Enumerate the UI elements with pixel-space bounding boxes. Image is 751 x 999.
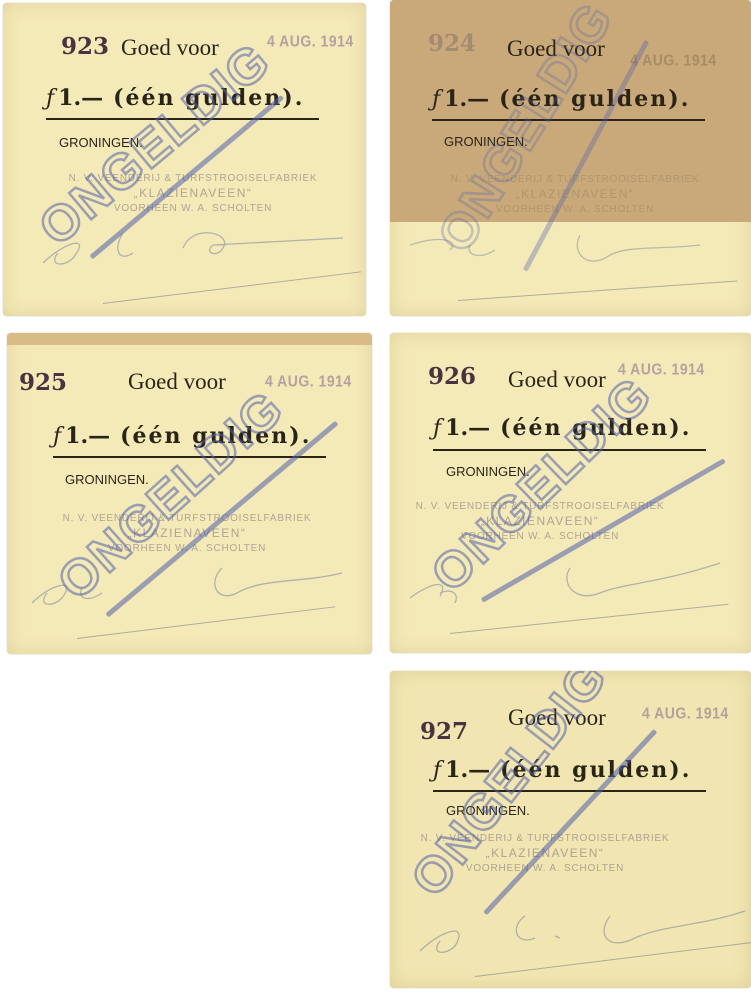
note-924: 924 Goed voor 4 AUG. 1914 ƒ1.—(één gulde… xyxy=(390,0,751,316)
amount-value: 1.— xyxy=(444,86,489,112)
florin-symbol: ƒ xyxy=(53,424,61,449)
serial-number: 926 xyxy=(428,363,476,390)
note-927: 927 Goed voor 4 AUG. 1914 ƒ1.—(één gulde… xyxy=(390,671,751,988)
florin-symbol: ƒ xyxy=(433,758,441,783)
serial-number: 923 xyxy=(61,33,109,60)
florin-symbol: ƒ xyxy=(46,86,54,111)
date-stamp: 4 AUG. 1914 xyxy=(265,372,352,390)
date-stamp: 4 AUG. 1914 xyxy=(642,704,729,722)
amount-value: 1.— xyxy=(65,423,110,449)
note-926: 926 Goed voor 4 AUG. 1914 ƒ1.—(één gulde… xyxy=(390,333,751,653)
signature xyxy=(400,538,730,628)
serial-number: 927 xyxy=(420,718,468,745)
heading: Goed voor xyxy=(508,367,606,393)
serial-number: 925 xyxy=(19,369,67,396)
signature xyxy=(22,538,352,628)
florin-symbol: ƒ xyxy=(432,87,440,112)
serial-number: 924 xyxy=(428,30,476,57)
heading: Goed voor xyxy=(121,35,219,61)
stain-band xyxy=(7,333,372,345)
signature xyxy=(33,203,363,283)
note-925: 925 Goed voor 4 AUG. 1914 ƒ1.—(één gulde… xyxy=(7,333,372,654)
signature xyxy=(410,876,750,966)
city: GRONINGEN. xyxy=(65,472,149,487)
amount-value: 1.— xyxy=(58,85,103,111)
florin-symbol: ƒ xyxy=(433,416,441,441)
note-923: 923 Goed voor 4 AUG. 1914 ƒ1.—(één gulde… xyxy=(3,3,366,316)
amount-value: 1.— xyxy=(445,415,490,441)
heading: Goed voor xyxy=(128,369,226,395)
amount-underline xyxy=(432,119,705,121)
date-stamp: 4 AUG. 1914 xyxy=(267,32,354,50)
signature xyxy=(400,215,730,295)
